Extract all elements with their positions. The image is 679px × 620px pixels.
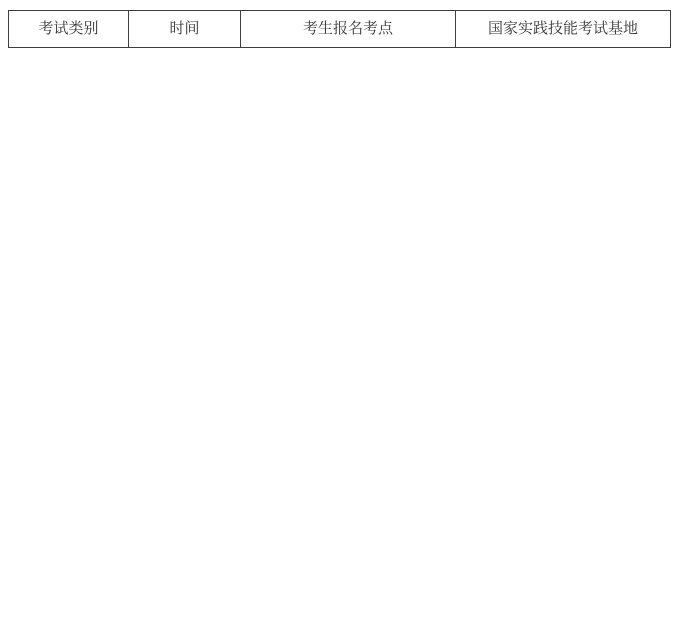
column-header-category: 考试类别 — [9, 11, 129, 48]
column-header-sites: 考生报名考点 — [241, 11, 456, 48]
column-header-time: 时间 — [129, 11, 241, 48]
column-header-base: 国家实践技能考试基地 — [456, 11, 671, 48]
header-row: 考试类别时间考生报名考点国家实践技能考试基地 — [9, 11, 671, 48]
exam-registration-table: 考试类别时间考生报名考点国家实践技能考试基地 — [8, 10, 671, 48]
